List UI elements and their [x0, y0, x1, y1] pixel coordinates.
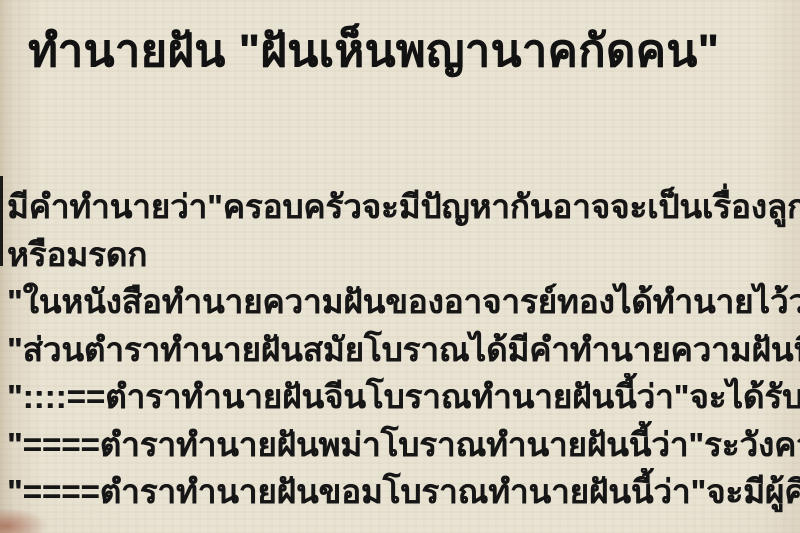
interpretation-text-block: มีคำทำนายว่า"ครอบครัวจะมีปัญหากันอาจจะเป…: [7, 183, 800, 516]
interpretation-line: "ส่วนตำราทำนายฝันสมัยโบราณได้มีคำทำนายคว…: [7, 326, 800, 374]
interpretation-line: มีคำทำนายว่า"ครอบครัวจะมีปัญหากันอาจจะเป…: [7, 183, 800, 231]
scan-artifact-strip: [0, 176, 3, 266]
interpretation-line: "ในหนังสือทำนายความฝันของอาจารย์ทองได้ทำ…: [7, 278, 800, 326]
interpretation-line: "====ตำราทำนายฝันพม่าโบราณทำนายฝันนี้ว่า…: [7, 421, 800, 469]
interpretation-line: "::::==ตำราทำนายฝันจีนโบราณทำนายฝันนี้ว่…: [7, 373, 800, 421]
page-title: ทำนายฝัน "ฝันเห็นพญานาคกัดคน": [28, 14, 719, 86]
interpretation-line: หรือมรดก: [7, 231, 800, 279]
dream-interpretation-page: ทำนายฝัน "ฝันเห็นพญานาคกัดคน" มีคำทำนายว…: [0, 0, 800, 533]
interpretation-line: "====ตำราทำนายฝันขอมโบราณทำนายฝันนี้ว่า"…: [7, 468, 800, 516]
